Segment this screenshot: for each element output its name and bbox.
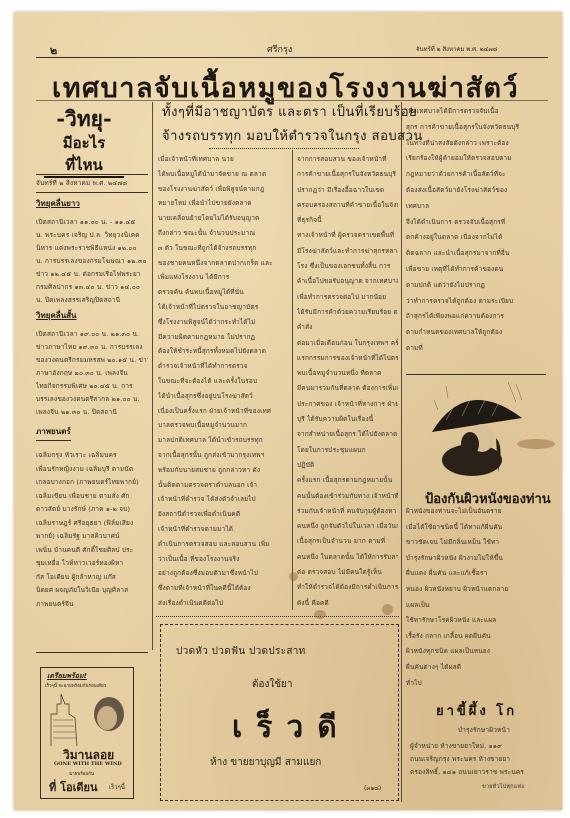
text-line: ต่อมาเมื่อเดือนก่อน ในกรุงเทพฯ ครั้ง <box>297 336 398 351</box>
text-line: เมื่อเทศบาลได้มีการตรวจจับเนื้อ <box>406 104 548 120</box>
text-line: ซึ่งตามที่เจ้าหน้าที่ในคดีนี้ได้ต้อง <box>158 581 289 596</box>
movie-advertisement: เตรียมพร้อม! เร็วๆนี้ จะฉายพร้อมกันรอบเด… <box>40 667 134 799</box>
medicine-brand: เร็วดี <box>232 704 351 751</box>
text-line: เรียกร้องให้ผู้ค้ายอมให้ตรวจสอบตาม <box>406 151 548 167</box>
right-article-1: เมื่อเทศบาลได้มีการตรวจจับเนื้อสุกร การค… <box>406 104 548 357</box>
text-line: เจ้าหน้าที่ตำรวจตามมาได้ <box>158 522 289 537</box>
text-line: ทั่วไป <box>406 676 548 692</box>
text-line: เฉลิมราษฎร์ ศรีอยุธยา (ฟิล์มเสียง <box>36 517 148 531</box>
text-line: แรกกรรมการของเจ้าหน้าที่ได้ไปตรวจค้น <box>297 351 398 366</box>
text-line: คนนั้นต้องเข้าร่วมกับทาง เจ้าหน้าที่ <box>297 489 398 504</box>
text-line: ตามปกติ แต่ว่ายังไม่ปรากฏ <box>406 278 548 294</box>
text-line: คำสั่ง <box>297 320 398 335</box>
medicine-ad-symptoms: ปวดหัว ปวดฟัน ปวดประสาท <box>176 644 306 659</box>
section-title-longwave: วิทยุคลื่นยาว <box>36 197 148 210</box>
text-line: ร่วมกับเจ้าหน้าที่ คนจับกุมผู้ต้องหา <box>297 504 398 519</box>
text-line: ผู้จำหน่าย ห้างขายยาใหม่, ๑๑๙ <box>410 740 548 753</box>
text-line: ดาวสัตย์ บางรักษ์ (ภาค ๑-๒ จบ) <box>36 503 148 517</box>
text-line: การค้าขายเนื้อสุกรในจังหวัดธนบุรี <box>297 167 398 182</box>
text-line: ตรวจค้น ค้นพบเนื้อหมูได้ที่นั่น <box>158 285 289 300</box>
masthead-rule <box>36 57 548 58</box>
medicine-ad-must-use: ต้องใช้ยา <box>252 677 293 692</box>
text-line: ในขณะที่จะต้องได้ และครั้งในรอบ <box>158 374 289 389</box>
text-line: พร้อมกับนายสมชาย ถูกกล่าวหา ดัง <box>158 463 289 478</box>
text-line: เพื่อทำการตรวจต่อไป มากน้อย <box>297 290 398 305</box>
text-line: เพื่อนรักหญิงงาม เฉลิมบุรี ตามนัด <box>36 463 148 477</box>
text-line: เพิ่มแห่งโรงงาน ได้มีการ <box>158 270 289 285</box>
text-line: ครอบครองสถานที่ค้าขายเนื้อในจังหวัด <box>297 198 398 213</box>
text-line: ปฏิบัติ <box>297 458 398 473</box>
text-line: โรง ซึ่งเป็นของเอกชนทั้งสิ้น การ <box>297 259 398 274</box>
text-line: ถ้าสุกรได้เพียงพอแก่ความต้องการ <box>406 309 548 325</box>
movie-title-english: GONE WITH THE WIND <box>54 761 122 767</box>
text-line: เทศบาล <box>406 199 548 215</box>
text-line: ตามกำหนดของเทศบาลให้ถูกต้อง <box>406 325 548 341</box>
text-line: ภาษาอังกฤษ ๒๐.๓๐ น. เพลงจีน <box>36 367 148 380</box>
column-end-rule <box>36 652 148 653</box>
section-title-shortwave: วิทยุคลื่นสั้น <box>36 309 148 322</box>
text-line: ผิวหนังของท่านจะไม่เป็นอันตราย <box>406 504 548 520</box>
movie-ad-tag: เตรียมพร้อม! <box>47 671 87 682</box>
text-line: ขาวชัดเจน ไม่มีกลิ่นเหม็น ใช้ทา <box>406 535 548 551</box>
text-line: กรมศิลปากร ๑๓.๔๐ น. ข่าว ๑๔.๐๐ <box>36 281 148 294</box>
text-line: ว่าเป็นเนื้อ ที่ของโรงงานจริง <box>158 552 289 567</box>
newspaper-page: ๒ ศรีกรุง จันทร์ที่ ๒ สิงหาคม พ.ศ. ๒๔๗๘ … <box>14 12 562 810</box>
text-line: ไทยกิจกรรมพิเศษ ๒๐.๔๕ น. การ <box>36 380 148 393</box>
product-name: ยาขี้ผึ้ง โก <box>436 700 517 721</box>
text-line: ภาพยนตร์จีน <box>36 598 148 612</box>
paper-stain <box>314 610 326 619</box>
text-line: ได้รับมีการค้าด้วยความเรียบร้อย ตาม <box>297 305 398 320</box>
text-line: จากการสอบสวน ของเจ้าหน้าที่ <box>297 152 398 167</box>
seller-info: ผู้จำหน่าย ห้างขายยาใหม่, ๑๑๙ถนนเจริญกรุ… <box>410 740 548 779</box>
text-line: น. พระนคร เจริญ ป.ล. วิทยุวงนิเคต <box>36 229 148 242</box>
text-line: ซึ่งโรงงานพิสูจน์ได้ว่ากระทำได้ไม่ <box>158 315 289 330</box>
movie-listings: เฉลิมกรุง หัวเราะ เฉลิมนครเพื่อนรักหญิงง… <box>36 449 148 611</box>
text-line: ผื่นแดง ผื่นคัน และแก้เชื้อรา <box>406 566 548 582</box>
text-line: เนื้อสุกรเป็นจำนวน มาก ตามที่ <box>297 534 398 549</box>
paper-stain <box>382 604 393 615</box>
radio-date: จันทร์ที่ ๒ สิงหาคม พ.ศ. ๒๔๗๘ <box>36 178 148 189</box>
text-line: ติดฉลาก และนำเนื้อสุกรมาจากที่อื่น <box>406 246 548 262</box>
text-line: ต้องส่งเนื้อสัตว์มายังโรงฆ่าสัตว์ของ <box>406 183 548 199</box>
text-line: กัส โอเดียน ผู้กล้าหาญ แก๊ส <box>36 571 148 585</box>
text-line: เพื่อขาย เหตุที่ได้ทำการค้าของตน <box>406 262 548 278</box>
movie-poster-illustration <box>43 690 131 746</box>
text-line: คนหนึ่ง ถูกจับตัวไปในเวลา เมื่อวันก่อน <box>297 519 398 534</box>
column-divider <box>401 102 402 802</box>
text-line: ตามที่ <box>406 341 548 357</box>
text-line: ในทางที่น่าสงสัยดังกล่าว เพราะต้อง <box>406 136 548 152</box>
text-line: นายเคลื่อนย้ายโดยไม่ได้รับอนุญาต <box>158 211 289 226</box>
medicine-seller: ห้าง ขายยาบุญมี สามแยก <box>210 755 321 770</box>
movie-ad-note: ฉายพร้อมกัน <box>69 770 94 777</box>
text-line: เมื่อเจ้าหน้าที่เทศบาล นาย <box>158 152 289 167</box>
text-line: ที่ธุรกิจนี้ <box>297 213 398 228</box>
text-line: ของวงดนตรีกรมมหรสพ ๒๐.๑๕ น. ข่าว <box>36 354 148 367</box>
text-line: เมื่อได้ใช้ยาชนิดนี้ ได้ทาแก้ผื่นคัน <box>406 520 548 536</box>
text-line: ผิวหนังทุกชนิด แผลเป็นหนอง <box>406 644 548 660</box>
text-line: ได้พบเนื้อหมูได้นำมาจัดขาย ณ ตลาด <box>158 167 289 182</box>
text-line: จึงได้ดำเนินการ ตรวจจับเนื้อสุกรที่ <box>406 215 548 231</box>
skin-care-article-body: ผิวหนังของท่านจะไม่เป็นอันตรายเมื่อได้ใช… <box>406 504 548 691</box>
movie-ad-tagline: เร็วๆนี้ จะฉายพร้อมกันรอบเดียว <box>45 682 106 689</box>
text-line: ได้นำเนื้อสุกรซึ่งอยู่บนโรงฆ่าสัตว์ <box>158 389 289 404</box>
text-line: บาลตรวจพบเนื้อหมูจำนวนมาก <box>158 418 289 433</box>
text-line: ตำรวจเจ้าหน้าที่ได้ทำการตรวจ <box>158 359 289 374</box>
text-line: นิตยศ ผจญภัยในวิเนีย บุญศิลาส <box>36 584 148 598</box>
text-line: ๓ ตัว ในขณะที่ถูกได้จ้างรถบรรทุก <box>158 241 289 256</box>
text-line: ครองสิทธิ์, ๑๔๑ ถนนเยาวราช พระนคร <box>410 766 548 779</box>
text-line: ปรากฏว่า มีเรื่องอื้อฉาวในเขต <box>297 183 398 198</box>
text-line: มีคนมารวมกันที่ตลาด ต้องการเพิ่มเติม <box>297 381 398 396</box>
text-line: ถนนเจริญกรุง พระนคร ห้างขายยา <box>410 753 548 766</box>
text-line: เพนิ่น บ้านคนดี ศักดิ์ไชยศิลป ประ <box>36 544 148 558</box>
subheadline-1: ทั้งๆที่มีอาชญาบัตร และตรา เป็นที่เรียบร… <box>162 101 417 122</box>
text-line: ใช้ทารักษาโรคผิวหนัง และแผล <box>406 613 548 629</box>
text-line: น. ปิดเพลงสรรเสริญปิดสถานี <box>36 294 148 307</box>
logo-rule <box>36 174 148 175</box>
text-line: หนอง ผิวหนังหยาบ ผิวหน้าแตกลาย <box>406 582 548 598</box>
text-line: พบเนื้อหมูจำนวนหนึ่ง ที่ตลาด <box>297 366 398 381</box>
text-line: เนื่องเป็นครั้งแรก ฝ่ายเจ้าหน้าที่ของเทศ <box>158 404 289 419</box>
text-line: หมายใหม่ เพื่อนำไปขายยังตลาด <box>158 196 289 211</box>
text-line: จากเนื้อสุกรนั้น ถูกส่งเข้ามากรุงเทพฯ <box>158 448 289 463</box>
text-line: เกลอบางกอก (ภาพยนตร์ไทยพากย์) <box>36 476 148 490</box>
text-line: ต่อ ตรวจสอบ ไม่มีคนใดรู้เห็น <box>297 565 398 580</box>
movie-coming-soon: เร็วๆนี้ <box>109 782 125 792</box>
text-line: ทำให้ตำรวจได้ต้องมีการดำเนินการ ต่อไป <box>297 580 398 595</box>
text-line: กฎหมายว่าด้วยการค้าเนื้อสัตว์ที่จะ <box>406 167 548 183</box>
main-article-column-1: เมื่อเจ้าหน้าที่เทศบาล นายได้พบเนื้อหมูไ… <box>158 152 289 611</box>
text-line: ทางเจ้าหน้าที่ ผู้ตรวจตราเขตพื้นที่ <box>297 228 398 243</box>
text-line: ยังสถานีตำรวจเพื่อดำเนินคดี <box>158 507 289 522</box>
umbrella-illustration <box>426 380 526 480</box>
text-line: ชุมเหยื่อ ไวท์ทาวเวอร์ทองผิหา <box>36 557 148 571</box>
movie-theatre: ที่ โอเดียน <box>49 778 97 796</box>
ad-code: (๓๑๘) <box>364 783 381 793</box>
text-line: น. การบรรเลงของกรมโฆษณา ๑๒.๓๐ น. <box>36 255 148 268</box>
product-note: บำรุงรักษาผิวหน้า <box>458 725 510 736</box>
text-line: พากย์) เฉลิมรัฐ มาสคิวบาศน์ <box>36 530 148 544</box>
logo-line-2: มีอะไรที่ไหน <box>44 132 124 178</box>
text-line: บรรเลงของวงดนตรีสากล ๒๑.๐๐ น. <box>36 393 148 406</box>
text-line: นิหาร แต่งพระราชพิธีแหน่ง ๑๒.๐๐ <box>36 242 148 255</box>
right-article-1-rule <box>406 374 546 375</box>
text-line: เพลงจีน ๒๑.๓๐ น. ปิดสถานี <box>36 406 148 419</box>
text-line: ถึงกล่าว ขณะนั้น จำนวนประมาณ <box>158 226 289 241</box>
footer-note: ขายทั่วไปทุกแห่ง <box>482 782 524 793</box>
text-line: ได้เจ้าหน้าที่ไปตรวจในอาชญาบัตร <box>158 300 289 315</box>
paper-stain <box>517 439 555 449</box>
text-line: ว่าทำการตรวจได้ถูกต้อง ตามระเบียบ <box>406 294 548 310</box>
text-line: จากสำหน่ายเนื้อสุกร ได้ไปยังตลาด <box>297 427 398 442</box>
column-divider <box>152 102 153 650</box>
text-line: คนหนึ่ง ในตลาดนั้น ได้ให้การรับสารภาพ <box>297 550 398 565</box>
text-line: มีโรงฆ่าสัตว์และทำการฆ่าสุกรหลาย <box>297 244 398 259</box>
paper-stain <box>289 572 298 581</box>
text-line: ค้าเนื้อไปขอรับอนุญาต จากเทศบาลในเขต <box>297 274 398 289</box>
radio-schedule-column: จันทร์ที่ ๒ สิงหาคม พ.ศ. ๒๔๗๘ วิทยุคลื่น… <box>36 178 148 611</box>
text-line: ตกค้างอยู่ในตลาด เนื่องจากไม่ได้ <box>406 230 548 246</box>
text-line: นั้นติดตามตรวจตราตำบลนอก เจ้า <box>158 478 289 493</box>
text-line: ดำเนินการตรวจสอบ และสอบสวน เพิ่ม <box>158 537 289 552</box>
text-line: ของโรงงานฆ่าสัตว์ เพื่อพิสูจน์ตามกฎ <box>158 182 289 197</box>
column-divider <box>292 150 293 610</box>
text-line: อย่างถูกต้องซึ่งมอบตัวมาซึ่งหน้าไป <box>158 566 289 581</box>
issue-date: จันทร์ที่ ๒ สิงหาคม พ.ศ. ๒๔๗๘ <box>416 44 497 54</box>
text-line: ประกาศของ เจ้าหน้าที่ทางการ ฝ่าย <box>297 397 398 412</box>
shortwave-schedule: เปิดสถานีเวลา ๑๙.๐๐ น. ๒๑.๓๐ น.ข่าวภาษาไ… <box>36 328 148 419</box>
subheadline-2: จ้างรถบรรทุก มอบให้ตำรวจในกรุง สอบสวน <box>162 125 423 146</box>
text-line: ผื่นคันต่างๆ ได้ผลดี <box>406 660 548 676</box>
text-line: เฉลิมกรุง หัวเราะ เฉลิมนคร <box>36 449 148 463</box>
text-line: เรื้อรัง กลาก เกลื้อน ผดผื่นคัน <box>406 629 548 645</box>
text-line: ต้องให้ชำระหนี้สุกรทั้งหมดไปยังตลาด <box>158 344 289 359</box>
text-line: ครั้งแรก เนื้อสุกรตามกฎหมายนั้น <box>297 473 398 488</box>
text-line: เจ้าหน้าที่ตำรวจ ได้ส่งตัวจำเลยไป <box>158 492 289 507</box>
text-line: มีความผิดตามกฎหมาย ไม่ปรากฏ <box>158 330 289 345</box>
newspaper-name: ศรีกรุง <box>267 42 292 56</box>
main-article-column-2: จากการสอบสวน ของเจ้าหน้าที่การค้าขายเนื้… <box>297 152 398 611</box>
logo-line-1: -วิทยุ- <box>44 106 124 132</box>
text-line: เฉลิมเขียน เพื่อนชาย ตามสั่ง ศัก <box>36 490 148 504</box>
text-line: บุรี ได้รับความผิดในเรื่องนี้ <box>297 412 398 427</box>
section-title-movies: ภาพยนตร์ <box>36 425 71 441</box>
text-line: ข่าว ๑๒.๔๕ น. ต่อกรมเรือไฟพระยา <box>36 268 148 281</box>
text-line: มาลปกติเทศบาล ได้นำเข้ารถบรรทุก <box>158 433 289 448</box>
longwave-schedule: เปิดสถานีเวลา ๑๑.๐๐ น. - ๑๑.๔๕น. พระนคร … <box>36 216 148 307</box>
radio-column-logo: -วิทยุ- มีอะไรที่ไหน <box>44 106 124 162</box>
text-line: สุกร การค้าขายเนื้อสุกรในจังหวัดธนบุรี <box>406 120 548 136</box>
text-line: เปิดสถานีเวลา ๑๑.๐๐ น. - ๑๑.๔๕ <box>36 216 148 229</box>
text-line: แผลเป็น <box>406 598 548 614</box>
text-line: ข่าวภาษาไทย ๑๙.๓๐ น. การบรรเลง <box>36 341 148 354</box>
text-line: ของชายคนหนึ่งจากตลาดปากเกร็ด และ <box>158 256 289 271</box>
article-end-divider <box>156 616 399 617</box>
subheadline-divider <box>209 148 359 149</box>
text-line: บำรุงรักษาผิวหนัง ผิวงามไม่ให้ขึ้น <box>406 551 548 567</box>
text-line: โดยในการประชุมแผนก <box>297 443 398 458</box>
text-line: เปิดสถานีเวลา ๑๙.๐๐ น. ๒๑.๓๐ น. <box>36 328 148 341</box>
text-line: ส่งเรื่องดำเนินคดีต่อไป <box>158 596 289 611</box>
